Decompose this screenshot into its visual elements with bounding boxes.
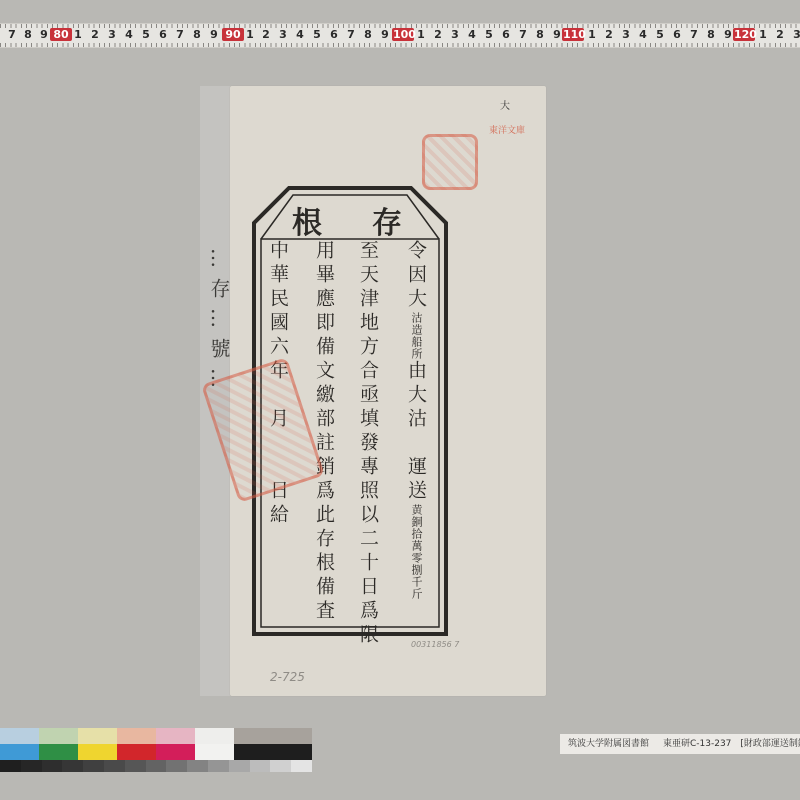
ruler-label: 5 [309,28,325,41]
gray-swatch [21,760,42,772]
ruler-label: 1 [755,28,771,41]
gray-swatch [229,760,250,772]
measuring-ruler: 7898012345678990123456789100123456789110… [0,23,800,48]
color-swatch [273,744,312,760]
color-swatch [273,728,312,744]
top-ink-mark: 大 [500,97,510,112]
gray-swatch [146,760,167,772]
ruler-label: 5 [652,28,668,41]
gray-swatch [187,760,208,772]
ruler-label: 7 [515,28,531,41]
col1-after: 由大沽 運送 [405,360,427,504]
ruler-label: 6 [498,28,514,41]
serial-number: 00311856 7 [411,640,459,649]
text-column-2: 至天津地方合亟填發專照以二十日爲限 [358,240,377,648]
gray-swatch [166,760,187,772]
gray-swatch [208,760,229,772]
ruler-label: 5 [138,28,154,41]
color-swatch [0,728,39,744]
square-seal-top [422,134,478,190]
ruler-label: 6 [155,28,171,41]
ruler-label: 2 [601,28,617,41]
color-swatch [156,744,195,760]
ruler-label: 7 [4,28,20,41]
color-swatch [117,728,156,744]
color-swatch [156,728,195,744]
ruler-label: 100 [392,28,414,41]
gray-swatch [0,760,21,772]
pencil-note: 2-725 [270,670,305,684]
color-swatch [0,744,39,760]
gray-swatch [83,760,104,772]
ruler-label: 110 [562,28,584,41]
ruler-label: 80 [50,28,72,41]
ruler-label: 8 [532,28,548,41]
ruler-label: 2 [87,28,103,41]
grayscale-steps [0,760,312,772]
color-swatch [195,728,234,744]
ruler-label: 4 [121,28,137,41]
color-swatch [117,744,156,760]
title-char-cun: 存 [372,198,402,242]
ruler-label: 3 [104,28,120,41]
ruler-label: 7 [343,28,359,41]
gray-swatch [291,760,312,772]
col1-small: 沽造船所 [410,312,423,360]
ruler-label: 1 [413,28,429,41]
col1-small2: 黄銅拾萬零捌千斤 [410,504,423,600]
gray-swatch [42,760,63,772]
text-column-1: 令因大沽造船所由大沽 運送黄銅拾萬零捌千斤 [406,240,425,600]
gray-swatch [250,760,271,772]
ruler-label: 2 [258,28,274,41]
ruler-label: 8 [20,28,36,41]
ruler-label: 8 [189,28,205,41]
color-chart-top-row [0,728,312,744]
gray-swatch [125,760,146,772]
ruler-label: 4 [292,28,308,41]
color-swatch [39,728,78,744]
color-swatch [234,744,273,760]
ruler-label: 9 [377,28,393,41]
library-label: 筑波大学附属図書館 [560,734,662,754]
color-swatch [39,744,78,760]
ruler-label: 3 [447,28,463,41]
ruler-label: 120 [733,28,755,41]
ruler-label: 8 [703,28,719,41]
color-swatch [234,728,273,744]
ruler-label: 7 [172,28,188,41]
ruler-label: 4 [635,28,651,41]
title-char-gen: 根 [292,198,322,242]
ruler-label: 3 [789,28,800,41]
text-column-3: 用畢應即備文繳部註銷爲此存根備査 [314,240,333,624]
ruler-label: 4 [464,28,480,41]
catalog-label: 東亜研C-13-237 [財政部運送制錢隷銅]存根 [655,734,800,754]
ruler-label: 90 [222,28,244,41]
color-chart-bottom-row [0,744,312,760]
gray-swatch [104,760,125,772]
col1-main: 令因大 [405,240,427,312]
ruler-label: 9 [206,28,222,41]
ruler-label: 3 [275,28,291,41]
ruler-label: 1 [242,28,258,41]
ruler-label: 5 [481,28,497,41]
color-swatch [78,728,117,744]
ruler-label: 2 [772,28,788,41]
ruler-label: 6 [326,28,342,41]
ruler-label: 6 [669,28,685,41]
ruler-label: 3 [618,28,634,41]
gray-swatch [270,760,291,772]
color-swatch [78,744,117,760]
ruler-label: 1 [584,28,600,41]
color-swatch [195,744,234,760]
ruler-label: 1 [70,28,86,41]
gray-swatch [62,760,83,772]
ruler-label: 7 [686,28,702,41]
color-calibration-chart [0,728,312,760]
ruler-label: 8 [360,28,376,41]
library-stamp-small: 東洋文庫 [489,123,525,136]
ruler-label: 2 [430,28,446,41]
